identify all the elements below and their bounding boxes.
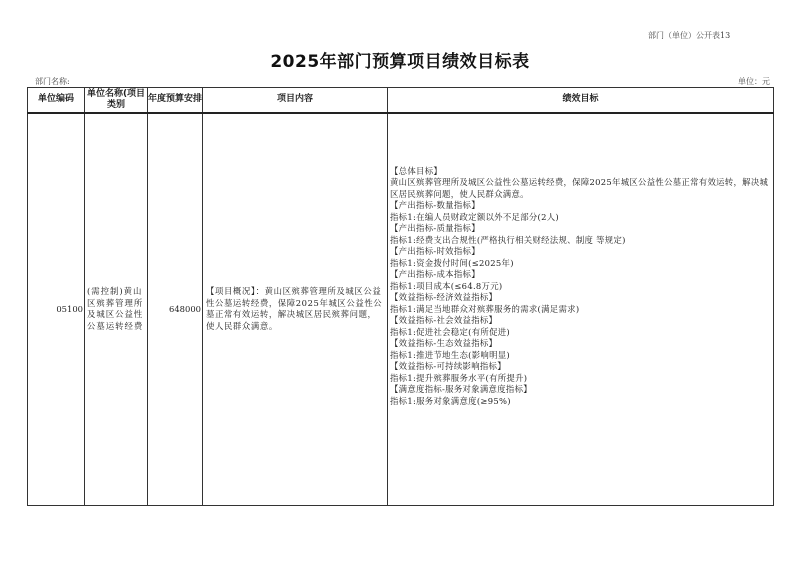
goal-overall-text: 黄山区殡葬管理所及城区公益性公墓运转经费，保障2025年城区公益性公墓正常有效运… bbox=[390, 177, 771, 200]
goal-heading-output-quality: 【产出指标-质量指标】 bbox=[390, 223, 771, 235]
goal-heading-economic-benefit: 【效益指标-经济效益指标】 bbox=[390, 292, 771, 304]
goal-indicator: 指标1:在编人员财政定额以外不足部分(2人) bbox=[390, 212, 771, 224]
cell-annual-budget: 648000 bbox=[148, 113, 203, 506]
goal-heading-social-benefit: 【效益指标-社会效益指标】 bbox=[390, 315, 771, 327]
goal-indicator: 指标1:满足当地群众对殡葬服务的需求(满足需求) bbox=[390, 304, 771, 316]
goal-indicator: 指标1:经费支出合规性(严格执行相关财经法规、制度 等规定) bbox=[390, 235, 771, 247]
goal-heading-output-quantity: 【产出指标-数量指标】 bbox=[390, 200, 771, 212]
cell-performance-goals: 【总体目标】 黄山区殡葬管理所及城区公益性公墓运转经费，保障2025年城区公益性… bbox=[388, 113, 774, 506]
department-name-label: 部门名称: bbox=[35, 76, 70, 87]
goal-indicator: 指标1:推进节地生态(影响明显) bbox=[390, 350, 771, 362]
table-row: 05100 (需控制)黄山区殡葬管理所及城区公益性公墓运转经费 648000 【… bbox=[28, 113, 774, 506]
page-title: 2025年部门预算项目绩效目标表 bbox=[0, 47, 800, 72]
column-header-annual-budget: 年度预算安排 bbox=[148, 88, 203, 113]
column-header-unit-code: 单位编码 bbox=[28, 88, 85, 113]
column-header-project-content: 项目内容 bbox=[203, 88, 388, 113]
goal-heading-sustainability: 【效益指标-可持续影响指标】 bbox=[390, 361, 771, 373]
goal-indicator: 指标1:服务对象满意度(≥95%) bbox=[390, 396, 771, 408]
goal-heading-satisfaction: 【满意度指标-服务对象满意度指标】 bbox=[390, 384, 771, 396]
column-header-performance-goals: 绩效目标 bbox=[388, 88, 774, 113]
performance-goals-table: 单位编码 单位名称(项目类别 年度预算安排 项目内容 绩效目标 05100 (需… bbox=[27, 87, 774, 506]
currency-unit-label: 单位：元 bbox=[738, 76, 770, 87]
cell-project-content: 【项目概况】：黄山区殡葬管理所及城区公益性公墓运转经费，保障2025年城区公益性… bbox=[203, 113, 388, 506]
goal-heading-overall: 【总体目标】 bbox=[390, 166, 771, 178]
column-header-unit-name: 单位名称(项目类别 bbox=[85, 88, 148, 113]
goal-heading-ecological-benefit: 【效益指标-生态效益指标】 bbox=[390, 338, 771, 350]
goal-indicator: 指标1:促进社会稳定(有所促进) bbox=[390, 327, 771, 339]
cell-unit-code: 05100 bbox=[28, 113, 85, 506]
form-number: 部门（单位）公开表13 bbox=[648, 30, 730, 41]
cell-unit-name: (需控制)黄山区殡葬管理所及城区公益性公墓运转经费 bbox=[85, 113, 148, 506]
goal-indicator: 指标1:项目成本(≤64.8万元) bbox=[390, 281, 771, 293]
goal-indicator: 指标1:资金拨付时间(≤2025年) bbox=[390, 258, 771, 270]
goal-heading-output-timeliness: 【产出指标-时效指标】 bbox=[390, 246, 771, 258]
goal-indicator: 指标1:提升殡葬服务水平(有所提升) bbox=[390, 373, 771, 385]
goal-heading-output-cost: 【产出指标-成本指标】 bbox=[390, 269, 771, 281]
table-header-row: 单位编码 单位名称(项目类别 年度预算安排 项目内容 绩效目标 bbox=[28, 88, 774, 113]
